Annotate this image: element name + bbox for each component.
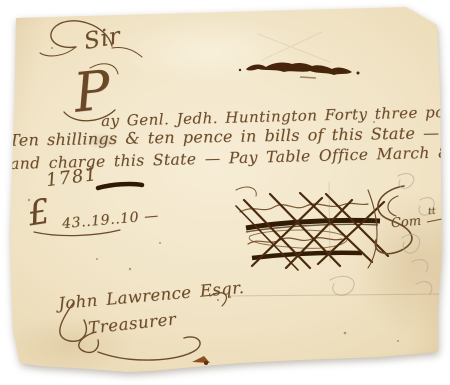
committee-superscript: tt	[428, 206, 436, 218]
ink-blot	[239, 63, 360, 78]
year-underline	[98, 184, 142, 188]
manuscript-paper: Sir P ay Genl. Jedh. Huntington Forty th…	[0, 0, 450, 385]
committee-underline	[427, 218, 447, 222]
amount-figures: 43..19..10 —	[61, 208, 159, 232]
salutation: Sir	[82, 23, 123, 55]
bottom-edge-spot	[192, 356, 210, 365]
cancellation-x-marks	[236, 193, 388, 270]
committee-abbreviation: Com	[390, 214, 421, 232]
addressee-title: Treasurer	[87, 309, 177, 337]
cancellation-bars	[246, 220, 380, 258]
paper-creases	[230, 182, 442, 296]
currency-symbol: £	[25, 192, 53, 235]
addressee-name: John Lawrence Esqr.	[58, 278, 245, 313]
cancelled-signatures	[236, 187, 368, 248]
photo-background: Sir P ay Genl. Jedh. Huntington Forty th…	[0, 0, 450, 385]
ink-flourishes	[0, 0, 450, 385]
paper-shadow: Sir P ay Genl. Jedh. Huntington Forty th…	[0, 0, 450, 385]
paper-highlight	[120, 16, 300, 86]
